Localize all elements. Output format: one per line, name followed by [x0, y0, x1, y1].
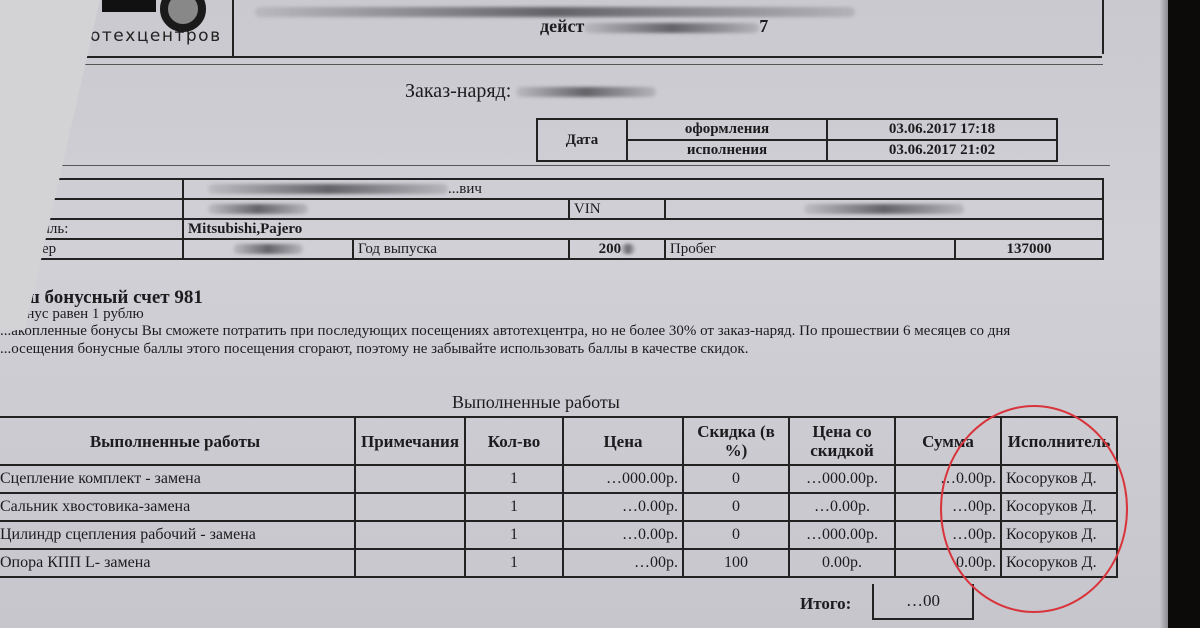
mileage-cell: Пробег 137000 [665, 239, 1103, 259]
work-price: …000.00р. [563, 465, 683, 493]
work-discounted-price: …000.00р. [789, 465, 895, 493]
work-order-paper: отехцентров дейст7 Заказ-наряд: Дата офо… [0, 0, 1168, 628]
col-header: Цена [563, 417, 683, 465]
dates-table: Дата оформления 03.06.2017 17:18 исполне… [536, 118, 1058, 162]
work-worker: Косоруков Д. [1001, 549, 1117, 577]
total-label: Итого: [800, 594, 851, 614]
logo-graphic [102, 0, 156, 12]
vin-label: VIN [569, 199, 665, 219]
separator-line [78, 64, 1103, 65]
redacted-order-number [516, 87, 656, 97]
col-header: Скидка (в %) [683, 417, 789, 465]
date-value: 03.06.2017 21:02 [827, 140, 1057, 161]
date-kind: исполнения [627, 140, 827, 161]
mileage-label: Пробег [666, 240, 955, 258]
work-sum: …00р. [895, 493, 1001, 521]
date-kind: оформления [627, 119, 827, 140]
date-value: 03.06.2017 17:18 [827, 119, 1057, 140]
work-sum: …00р. [895, 521, 1001, 549]
client-table: ...ик: ...вич ...он VIN ...мобиль: Mitsu… [0, 178, 1104, 260]
vin-value [665, 199, 1103, 219]
bonus-text: ...акопленные бонусы Вы сможете потратит… [0, 322, 1060, 358]
total-value: …00 [872, 584, 974, 620]
work-note [355, 549, 465, 577]
logo-text: отехцентров [90, 26, 222, 46]
work-sum: …0.00р. [895, 465, 1001, 493]
col-header: Цена со скидкой [789, 417, 895, 465]
work-note [355, 493, 465, 521]
table-row: Цилиндр сцепления рабочий - замена 1 …0.… [0, 521, 1117, 549]
plate-value [183, 239, 353, 259]
separator-line [20, 165, 1110, 166]
col-header: Кол-во [465, 417, 563, 465]
header-divider [232, 0, 234, 56]
work-qty: 1 [465, 549, 563, 577]
work-qty: 1 [465, 465, 563, 493]
order-title: Заказ-наряд: [405, 80, 656, 103]
col-header: Примечания [355, 417, 465, 465]
work-price: …00р. [563, 549, 683, 577]
header-right-border [1102, 0, 1104, 54]
work-discounted-price: 0.00р. [789, 549, 895, 577]
works-caption: Выполненные работы [452, 392, 620, 413]
work-name: Цилиндр сцепления рабочий - замена [0, 521, 355, 549]
work-worker: Косоруков Д. [1001, 521, 1117, 549]
work-worker: Косоруков Д. [1001, 493, 1117, 521]
work-name: Сальник хвостовика-замена [0, 493, 355, 521]
client-name: ...вич [183, 179, 1103, 199]
col-header: Исполнитель [1001, 417, 1117, 465]
work-sum: 0.00р. [895, 549, 1001, 577]
dates-label: Дата [537, 119, 627, 161]
paper-edge [1160, 0, 1168, 628]
col-header: Сумма [895, 417, 1001, 465]
work-discount: 100 [683, 549, 789, 577]
year-value: 200 [569, 239, 665, 259]
header-certificate: дейст7 [540, 16, 768, 37]
col-header: Выполненные работы [0, 417, 355, 465]
work-qty: 1 [465, 521, 563, 549]
work-discounted-price: …000.00р. [789, 521, 895, 549]
work-name: Сцепление комплект - замена [0, 465, 355, 493]
work-note [355, 521, 465, 549]
year-label: Год выпуска [353, 239, 569, 259]
table-row: Сцепление комплект - замена 1 …000.00р. … [0, 465, 1117, 493]
work-discount: 0 [683, 465, 789, 493]
mileage-value: 137000 [955, 240, 1102, 258]
work-price: …0.00р. [563, 493, 683, 521]
table-row: Опора КПП L- замена 1 …00р. 100 0.00р. 0… [0, 549, 1117, 577]
work-discount: 0 [683, 493, 789, 521]
table-row: Сальник хвостовика-замена 1 …0.00р. 0 …0… [0, 493, 1117, 521]
car-value: Mitsubishi,Pajero [183, 219, 1103, 239]
works-table: Выполненные работы Примечания Кол-во Цен… [0, 416, 1118, 578]
work-worker: Косоруков Д. [1001, 465, 1117, 493]
work-qty: 1 [465, 493, 563, 521]
work-price: …0.00р. [563, 521, 683, 549]
work-note [355, 465, 465, 493]
work-name: Опора КПП L- замена [0, 549, 355, 577]
work-discounted-price: …0.00р. [789, 493, 895, 521]
work-discount: 0 [683, 521, 789, 549]
phone-value [183, 199, 569, 219]
